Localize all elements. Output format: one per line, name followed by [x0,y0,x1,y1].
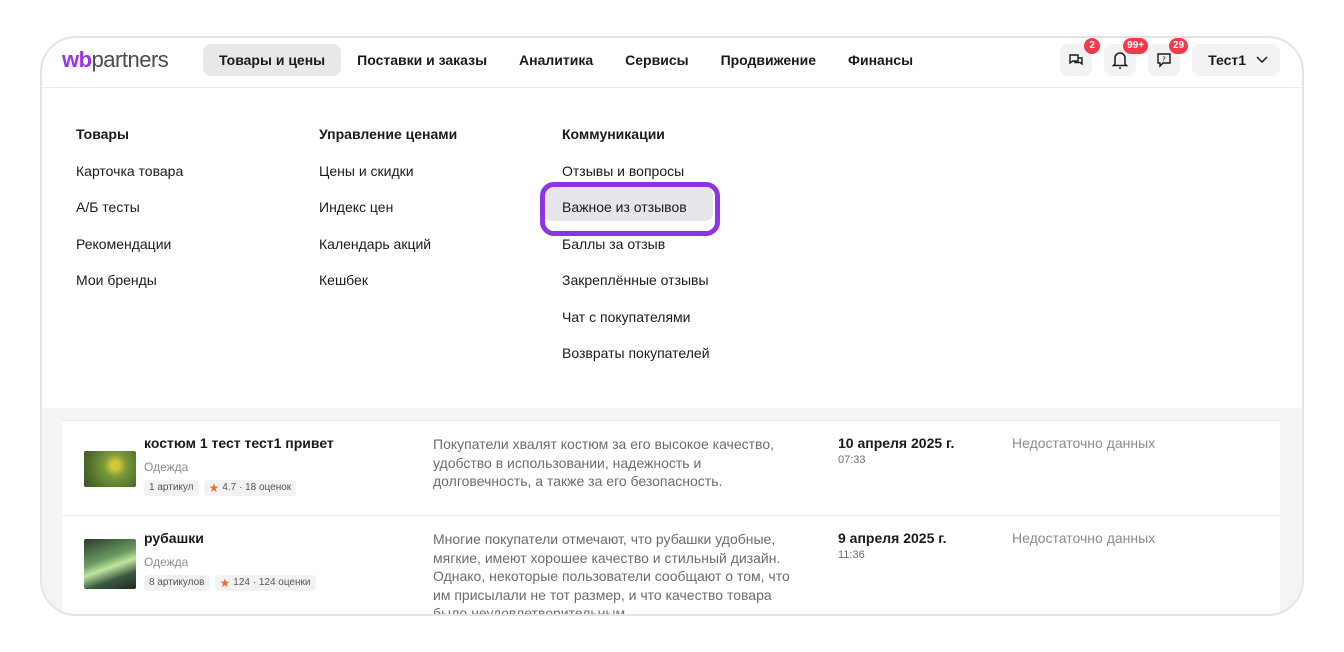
mega-menu-dropdown: Товары Карточка товара А/Б тесты Рекомен… [42,88,1302,408]
user-menu-button[interactable]: Тест1 [1192,44,1280,76]
articles-count-chip: 1 артикул [144,480,199,496]
rating-text: 4.7 · 18 оценок [222,480,291,496]
star-icon: ★ [209,480,220,496]
nav-supplies-orders[interactable]: Поставки и заказы [341,44,503,76]
product-name[interactable]: костюм 1 тест тест1 привет [144,435,334,451]
product-category: Одежда [144,460,188,474]
main-nav: Товары и цены Поставки и заказы Аналитик… [203,44,929,76]
menu-item-buyer-chat[interactable]: Чат с покупателями [562,307,710,344]
reviews-summary-area: костюм 1 тест тест1 привет Одежда 1 арти… [42,408,1302,616]
menu-column-title: Управление ценами [319,124,457,161]
menu-column-title: Товары [76,124,183,161]
review-summary: Покупатели хвалят костюм за его высокое … [433,435,803,491]
menu-column-price-management: Управление ценами Цены и скидки Индекс ц… [319,124,457,307]
product-thumbnail [84,539,136,589]
menu-item-buyer-returns[interactable]: Возвраты покупателей [562,343,710,380]
summary-status: Недостаточно данных [1012,530,1155,546]
wbpartners-logo[interactable]: wbpartners [62,47,168,73]
product-category: Одежда [144,555,188,569]
menu-item-recommendations[interactable]: Рекомендации [76,234,183,271]
menu-column-title: Коммуникации [562,124,710,161]
summary-date: 10 апреля 2025 г. [838,435,954,451]
reviews-summary-table: костюм 1 тест тест1 привет Одежда 1 арти… [62,420,1280,616]
chat-icon [1068,52,1084,68]
product-thumbnail [84,451,136,487]
chevron-down-icon [1256,56,1268,64]
chat-badge: 2 [1084,38,1100,54]
nav-services[interactable]: Сервисы [609,44,704,76]
notifications-button[interactable]: 99+ [1104,44,1136,76]
menu-item-my-brands[interactable]: Мои бренды [76,270,183,307]
menu-item-promo-calendar[interactable]: Календарь акций [319,234,457,271]
nav-promotion[interactable]: Продвижение [705,44,832,76]
product-name[interactable]: рубашки [144,530,204,546]
logo-wb: wb [62,47,92,72]
summary-time: 11:36 [838,549,865,561]
nav-goods-prices[interactable]: Товары и цены [203,44,341,76]
header-actions: 2 99+ ? 29 Тест1 [1060,44,1280,76]
rating-text: 124 · 124 оценки [233,575,310,591]
summary-time: 07:33 [838,454,866,466]
chat-button[interactable]: 2 [1060,44,1092,76]
menu-item-review-points[interactable]: Баллы за отзыв [562,234,710,271]
menu-item-label: Важное из отзывов [562,199,687,215]
menu-column-communications: Коммуникации Отзывы и вопросы Важное из … [562,124,710,380]
menu-item-cashback[interactable]: Кешбек [319,270,457,307]
menu-item-price-index[interactable]: Индекс цен [319,197,457,234]
menu-item-product-card[interactable]: Карточка товара [76,161,183,198]
nav-analytics[interactable]: Аналитика [503,44,609,76]
table-row[interactable]: костюм 1 тест тест1 привет Одежда 1 арти… [62,421,1280,516]
questions-badge: 29 [1169,38,1188,54]
menu-column-goods: Товары Карточка товара А/Б тесты Рекомен… [76,124,183,307]
questions-button[interactable]: ? 29 [1148,44,1180,76]
top-header: wbpartners Товары и цены Поставки и зака… [42,38,1302,88]
menu-item-pinned-reviews[interactable]: Закреплённые отзывы [562,270,710,307]
summary-date: 9 апреля 2025 г. [838,530,947,546]
rating-chip: ★124 · 124 оценки [215,575,316,591]
app-window: wbpartners Товары и цены Поставки и зака… [40,36,1304,616]
product-chips: 1 артикул ★4.7 · 18 оценок [144,480,296,496]
menu-item-review-highlights[interactable]: Важное из отзывов [562,197,710,234]
nav-finance[interactable]: Финансы [832,44,929,76]
menu-item-ab-tests[interactable]: А/Б тесты [76,197,183,234]
logo-partners: partners [92,47,169,72]
question-chat-icon: ? [1156,52,1172,68]
svg-text:?: ? [1162,56,1166,64]
product-chips: 8 артикулов ★124 · 124 оценки [144,575,316,591]
notifications-badge: 99+ [1123,38,1148,54]
star-icon: ★ [220,575,231,591]
articles-count-chip: 8 артикулов [144,575,210,591]
table-row[interactable]: рубашки Одежда 8 артикулов ★124 · 124 оц… [62,517,1280,616]
review-summary: Многие покупатели отмечают, что рубашки … [433,530,803,616]
user-name: Тест1 [1208,52,1246,68]
menu-item-prices-discounts[interactable]: Цены и скидки [319,161,457,198]
rating-chip: ★4.7 · 18 оценок [204,480,297,496]
summary-status: Недостаточно данных [1012,435,1155,451]
